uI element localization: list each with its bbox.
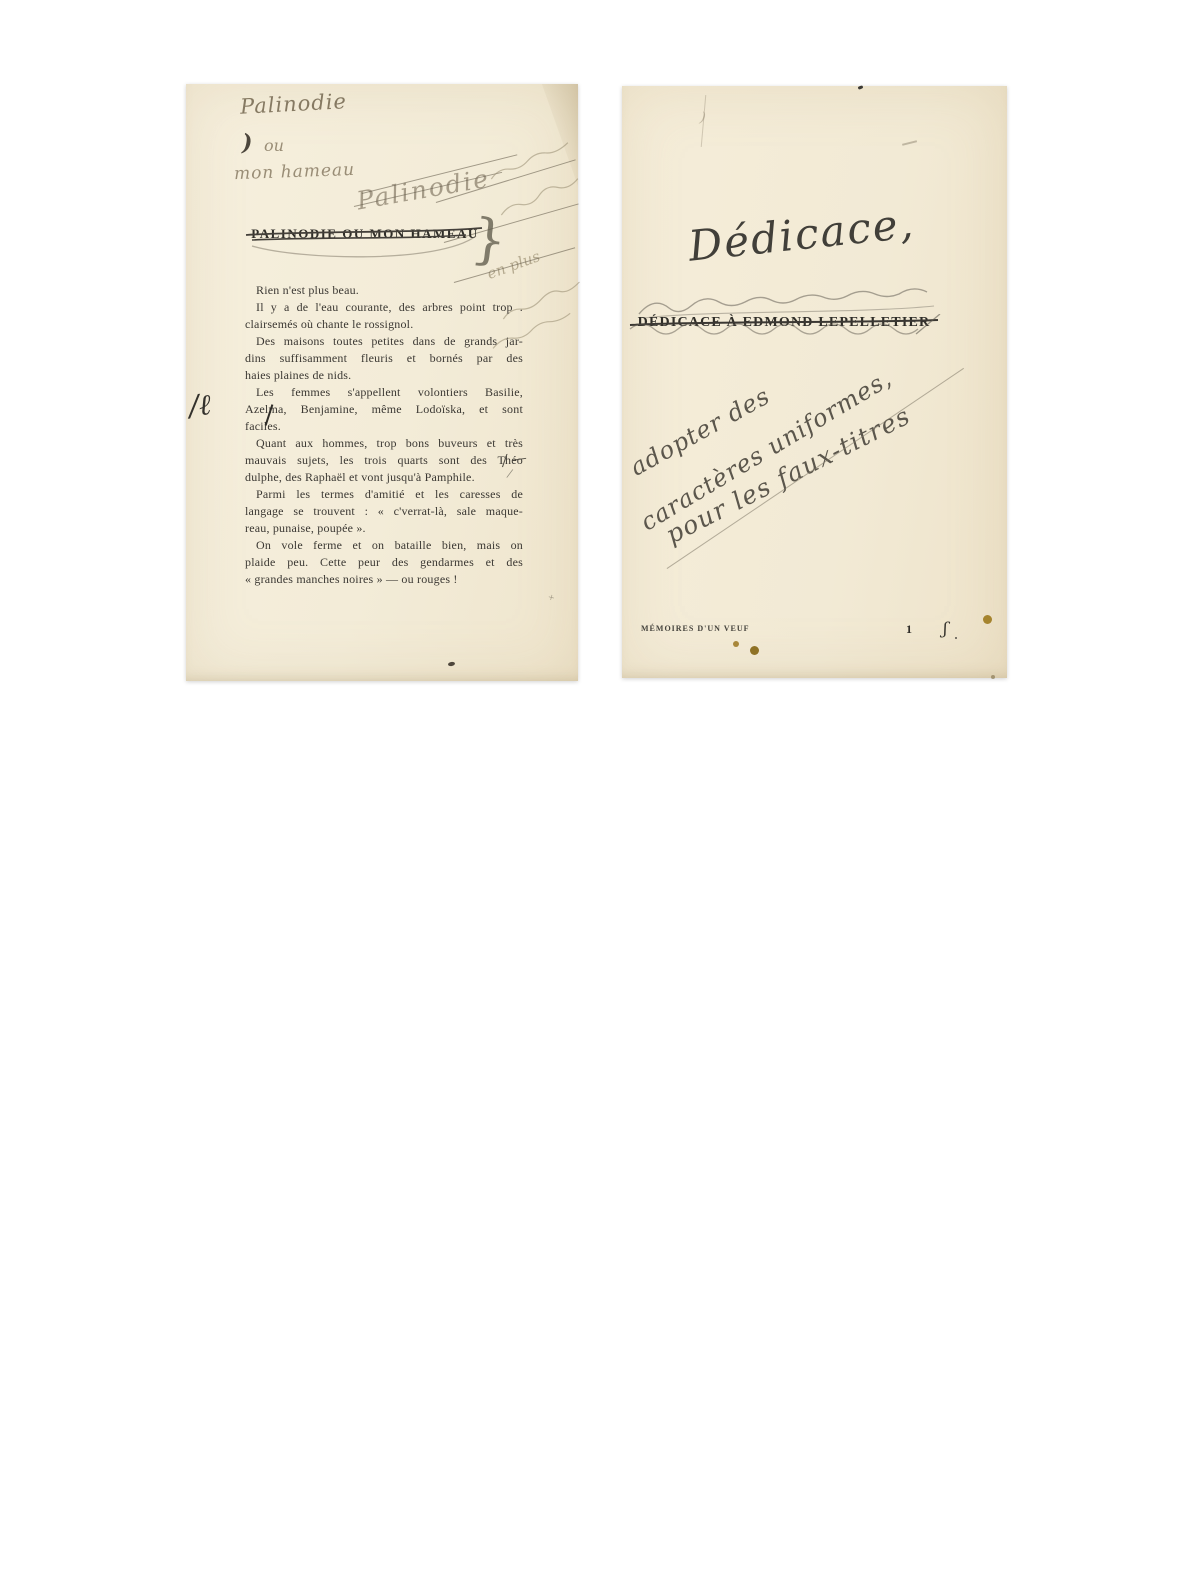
margin-correction-mark: ∕ℓ bbox=[188, 387, 213, 424]
pencil-plus-mark: + bbox=[547, 591, 556, 604]
footer-signature-number: 1 bbox=[906, 622, 912, 637]
printed-line: reau, punaise, poupée ». bbox=[245, 520, 523, 537]
printed-line: plaide peu. Cette peur des gendarmes et … bbox=[245, 554, 523, 571]
handwritten-title-note: Palinodie bbox=[239, 89, 347, 119]
handwritten-signature-mark: ʃ bbox=[943, 619, 948, 639]
printed-paragraphs: Rien n'est plus beau.Il y a de l'eau cou… bbox=[245, 282, 523, 588]
printed-line: On vole ferme et on bataille bien, mais … bbox=[245, 537, 523, 554]
right-page: ) Dédicace, DÉDICACE À EDMOND LEPELLETIE… bbox=[622, 86, 1007, 678]
title-strike bbox=[242, 224, 488, 264]
handwritten-ou-note: ou bbox=[264, 136, 284, 155]
hyphen-correction-mark: ∕ — bbox=[501, 448, 528, 469]
faint-dash-mark bbox=[902, 140, 917, 145]
printed-line: Des maisons toutes petites dans de grand… bbox=[245, 333, 523, 350]
printed-line: Quant aux hommes, trop bons buveurs et t… bbox=[245, 435, 523, 452]
foxing-spot bbox=[991, 675, 995, 679]
printed-line: mauvais sujets, les trois quarts sont de… bbox=[245, 452, 523, 469]
printed-line: dulphe, des Raphaël et vont jusqu'à Pamp… bbox=[245, 469, 523, 486]
printed-line: langage se trouvent : « c'verrat-là, sal… bbox=[245, 503, 523, 520]
handwritten-bracket: ) bbox=[242, 130, 252, 156]
printed-line: Azelma, Benjamine, même Lodoïska, et son… bbox=[245, 401, 523, 418]
ink-speck bbox=[448, 661, 456, 666]
left-page: Palinodie ) ou mon hameau Palinodie en p… bbox=[186, 84, 578, 681]
handwritten-hameau-note: mon hameau bbox=[234, 160, 356, 184]
foxing-spot bbox=[983, 615, 992, 624]
footer-running-title: MÉMOIRES D'UN VEUF bbox=[641, 624, 750, 633]
printed-line: « grandes manches noires » — ou rouges ! bbox=[245, 571, 523, 588]
printed-line: Les femmes s'appellent volontiers Basili… bbox=[245, 384, 523, 401]
printed-line: dins suffisamment fleuris et bornés par … bbox=[245, 350, 523, 367]
printed-line: faciles. bbox=[245, 418, 523, 435]
foxing-spot bbox=[733, 641, 739, 647]
foxing-spot bbox=[750, 646, 759, 655]
scan-background: Palinodie ) ou mon hameau Palinodie en p… bbox=[0, 0, 1196, 1595]
ink-dot bbox=[955, 637, 957, 639]
dedication-strike bbox=[626, 314, 944, 340]
printed-line: clairsemés où chante le rossignol. bbox=[245, 316, 523, 333]
ink-tick bbox=[858, 85, 864, 90]
printed-line: Il y a de l'eau courante, des arbres poi… bbox=[245, 299, 523, 316]
handwritten-dedicace: Dédicace, bbox=[686, 198, 917, 270]
printed-line: Parmi les termes d'amitié et les caresse… bbox=[245, 486, 523, 503]
printed-line: Rien n'est plus beau. bbox=[245, 282, 523, 299]
printed-line: haies plaines de nids. bbox=[245, 367, 523, 384]
